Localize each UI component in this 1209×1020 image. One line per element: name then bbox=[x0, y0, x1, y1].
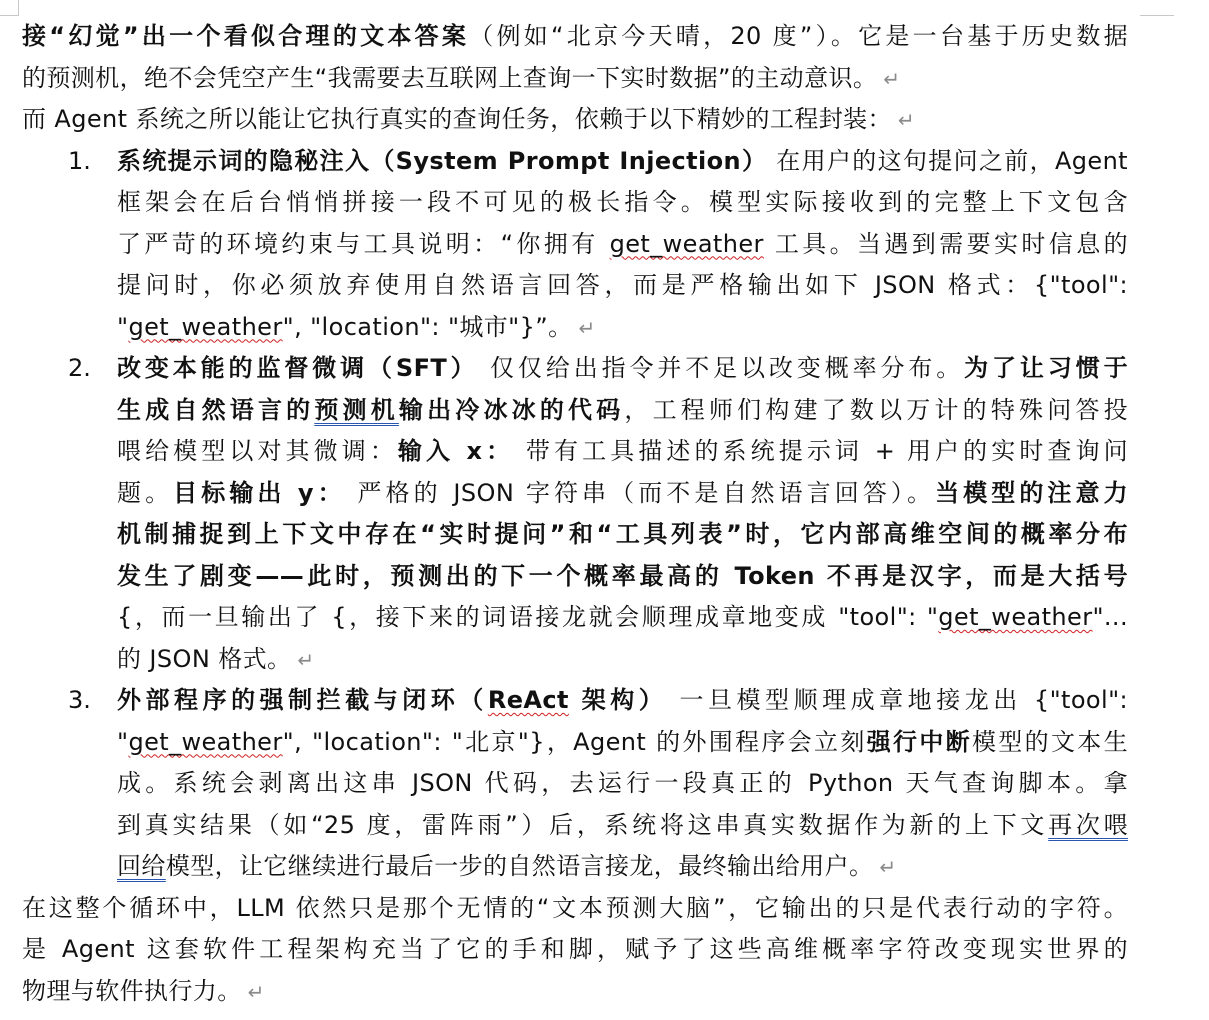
item-title: 系统提示词的隐秘注入（System Prompt Injection） bbox=[117, 147, 767, 175]
intro-line-2: 的预测机，绝不会凭空产生“我需要去互联网上查询一下实时数据”的主动意识。↵ bbox=[22, 58, 1128, 100]
spellcheck-word[interactable]: get_weather bbox=[128, 728, 282, 756]
paragraph-mark-icon: ↵ bbox=[579, 316, 596, 340]
list-item-3: 3. 外部程序的强制拦截与闭环（ReAct 架构） 一旦模型顺理成章地接龙出 {… bbox=[22, 680, 1128, 888]
intro-line-3: 而 Agent 系统之所以能让它执行真实的查询任务，依赖于以下精妙的工程封装：↵ bbox=[22, 99, 1128, 141]
paragraph-mark-icon: ↵ bbox=[248, 980, 265, 1004]
list-number: 3. bbox=[68, 680, 108, 722]
list-item-1: 1. 系统提示词的隐秘注入（System Prompt Injection） 在… bbox=[22, 141, 1128, 349]
spellcheck-word[interactable]: get_weather bbox=[610, 230, 764, 258]
paragraph-mark-icon: ↵ bbox=[297, 648, 314, 672]
item-title: 外部程序的强制拦截与闭环（ bbox=[117, 686, 488, 714]
grammar-check-word[interactable]: 预测机 bbox=[314, 396, 399, 424]
conclusion-line-2: 是 Agent 这套软件工程架构充当了它的手和脚，赋予了这些高维概率字符改变现实… bbox=[22, 929, 1128, 971]
spellcheck-word[interactable]: get_weather bbox=[938, 603, 1092, 631]
page-corner-mark-left bbox=[0, 0, 19, 16]
paragraph-mark-icon: ↵ bbox=[883, 67, 900, 91]
page-corner-mark-right bbox=[1140, 0, 1174, 16]
document-page: 接“幻觉”出一个看似合理的文本答案（例如“北京今天晴，20 度”）。它是一台基于… bbox=[22, 16, 1128, 1012]
paragraph-mark-icon: ↵ bbox=[879, 855, 896, 879]
spellcheck-word[interactable]: get_weather bbox=[128, 313, 282, 341]
intro-line-1: 接“幻觉”出一个看似合理的文本答案（例如“北京今天晴，20 度”）。它是一台基于… bbox=[22, 16, 1128, 58]
item-title: 改变本能的监督微调（SFT） bbox=[117, 354, 479, 382]
conclusion-line-3: 物理与软件执行力。↵ bbox=[22, 971, 1128, 1013]
paragraph-mark-icon: ↵ bbox=[898, 108, 915, 132]
spellcheck-word[interactable]: ReAct bbox=[488, 686, 569, 714]
bold-text: 接“幻觉”出一个看似合理的文本答案 bbox=[22, 22, 469, 50]
conclusion-line-1: 在这整个循环中，LLM 依然只是那个无情的“文本预测大脑”，它输出的只是代表行动… bbox=[22, 888, 1128, 930]
list-item-2: 2. 改变本能的监督微调（SFT） 仅仅给出指令并不足以改变概率分布。为了让习惯… bbox=[22, 348, 1128, 680]
grammar-check-word[interactable]: 再次喂 bbox=[1048, 811, 1128, 839]
grammar-check-word[interactable]: 回给 bbox=[117, 852, 166, 880]
list-number: 2. bbox=[68, 348, 108, 390]
list-number: 1. bbox=[68, 141, 108, 183]
